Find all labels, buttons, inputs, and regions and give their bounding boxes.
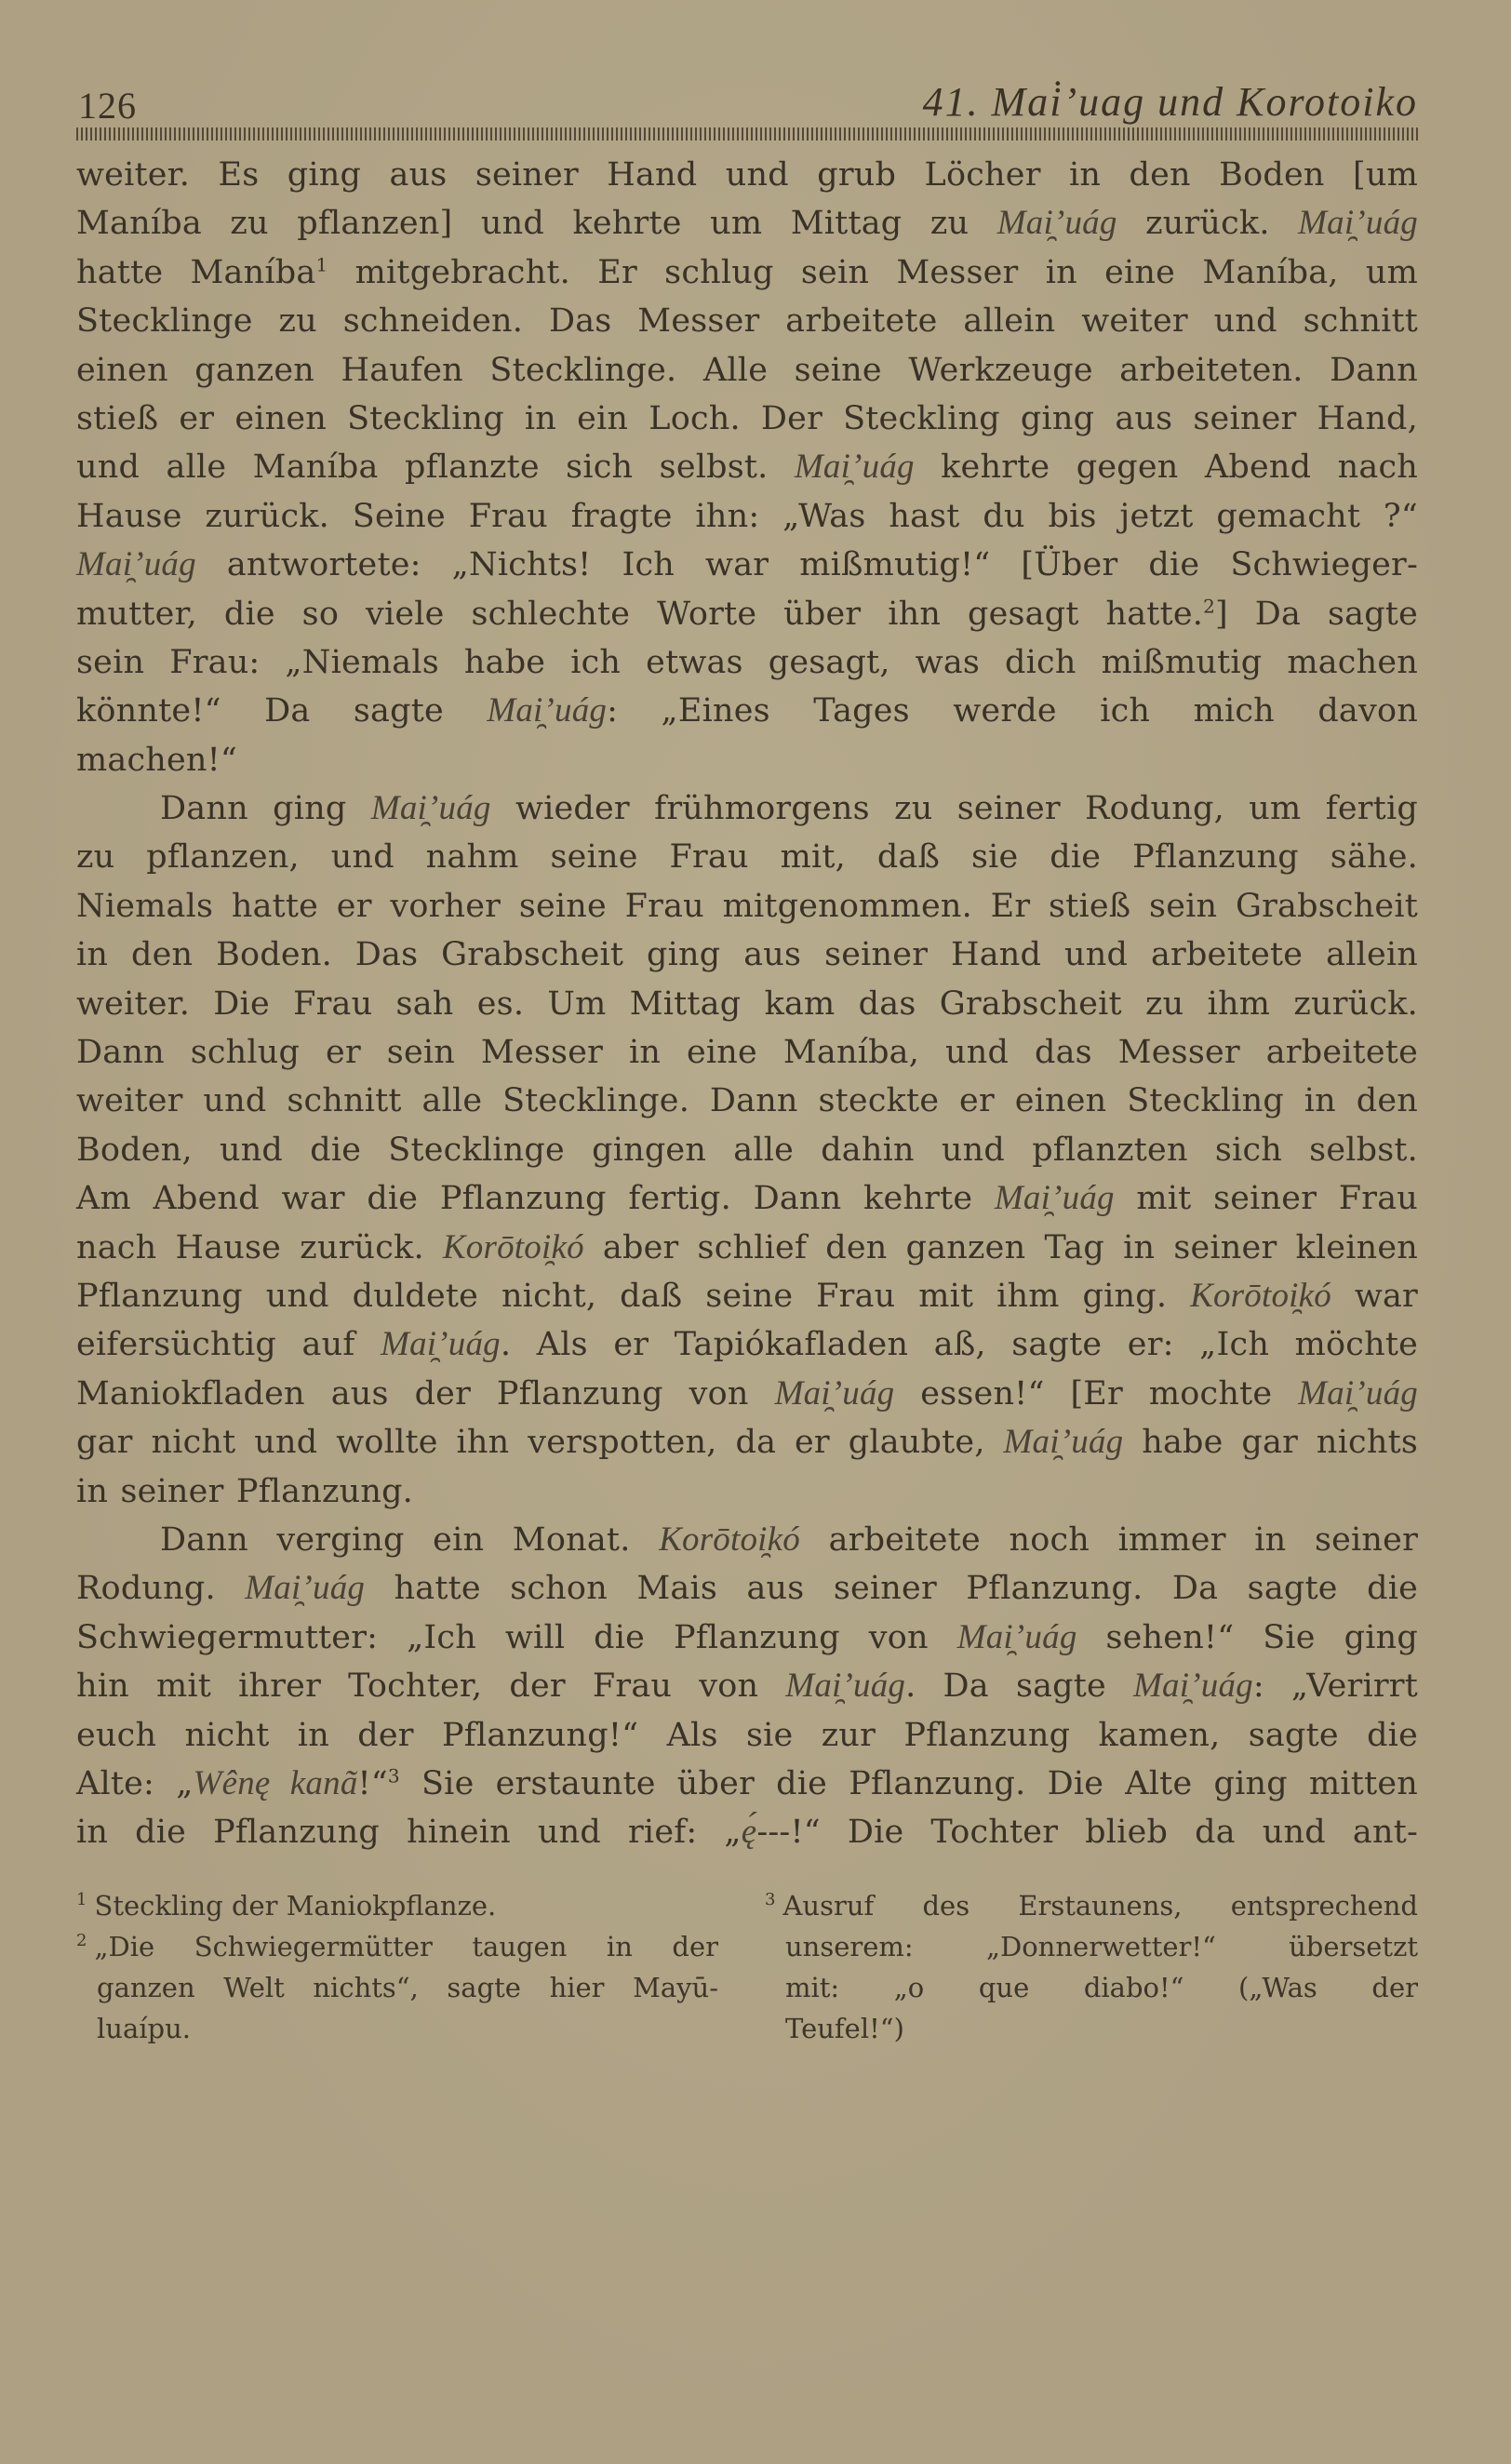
text-segment: Schwiegermutter: „Ich will die Pflanzung… [76,1619,957,1656]
footnote-text: Ausruf des Erstaunens, entsprechend [782,1890,1418,1922]
footnote-text: unserem: „Donnerwetter!“ übersetzt [785,1931,1418,1962]
footnote-line: unserem: „Donnerwetter!“ übersetzt [765,1926,1418,1967]
text-segment: weiter. Die Frau sah es. Um Mittag kam d… [76,985,1418,1023]
text-segment: mit seiner Frau [1115,1180,1418,1217]
footnote-line: Teufel!“) [765,2008,1418,2049]
text-line: in die Pflanzung hinein und rief: „ę́---… [76,1808,1418,1856]
page-header: 126 41. Mai̇’uag und Korotoiko [76,78,1418,125]
body-text: weiter. Es ging aus seiner Hand und grub… [76,151,1418,1857]
text-segment: . Als er Tapiókafladen aß, sagte er: „Ic… [501,1326,1418,1363]
text-line: gar nicht und wollte ihn verspotten, da … [76,1418,1418,1466]
text-line: weiter und schnitt alle Stecklinge. Dann… [76,1077,1418,1125]
text-segment: Sie erstaunte über die Pflanzung. Die Al… [400,1765,1418,1802]
italic-name: Mai̯’uág [381,1325,501,1363]
text-segment: machen!“ [76,742,237,779]
text-line: Hause zurück. Seine Frau fragte ihn: „Wa… [76,492,1418,541]
text-segment: Rodung. [76,1570,245,1607]
footnote-text: ganzen Welt nichts“, sagte hier Mayū- [97,1972,718,2003]
text-segment: . Da sagte [905,1667,1133,1705]
text-segment: !“ [358,1765,388,1802]
page-number: 126 [78,84,137,127]
text-segment: weiter. Es ging aus seiner Hand und grub… [76,156,1418,194]
text-segment: Pflanzung und duldete nicht, daß seine F… [76,1278,1190,1315]
footnote-text: Teufel!“) [785,2013,904,2044]
text-segment: wieder frühmorgens zu seiner Rodung, um … [491,790,1418,827]
italic-name: Mai̯’uág [795,448,915,486]
text-segment: aber schlief den ganzen Tag in seiner kl… [584,1229,1418,1266]
text-segment: weiter und schnitt alle Stecklinge. Dann… [76,1082,1418,1119]
italic-name: Mai̯’uág [1298,1374,1418,1413]
text-segment: einen ganzen Haufen Stecklinge. Alle sei… [76,352,1418,389]
text-segment: mutter, die so viele schlechte Worte übe… [76,596,1203,633]
italic-name: Mai̯’uág [995,1179,1115,1217]
text-segment: nach Hause zurück. [76,1229,443,1266]
text-line: in den Boden. Das Grabscheit ging aus se… [76,931,1418,979]
footnote-number: 3 [765,1890,775,1909]
text-segment: ] Da sagte [1215,596,1418,633]
text-line: weiter. Die Frau sah es. Um Mittag kam d… [76,980,1418,1028]
footnotes-right-column: 3Ausruf des Erstaunens, entsprechendunse… [765,1885,1418,2049]
italic-name: Mai̯’uág [371,789,491,827]
text-segment: gar nicht und wollte ihn verspotten, da … [76,1424,1004,1461]
text-segment: in den Boden. Das Grabscheit ging aus se… [76,936,1418,973]
italic-name: Korōtoi̯kó [1190,1277,1331,1315]
text-segment: Maniokfladen aus der Pflanzung von [76,1375,775,1413]
text-line: in seiner Pflanzung. [76,1467,1418,1516]
text-line: einen ganzen Haufen Stecklinge. Alle sei… [76,346,1418,395]
footnote-line: 1Steckling der Maniokpflanze. [76,1885,718,1926]
text-segment: in die Pflanzung hinein und rief: „ [76,1814,742,1851]
text-segment: war [1331,1278,1418,1315]
text-line: nach Hause zurück. Korōtoi̯kó aber schli… [76,1224,1418,1272]
italic-name: Mai̯’uág [245,1569,365,1607]
text-segment: Boden, und die Stecklinge gingen alle da… [76,1132,1418,1169]
header-rule-divider [76,127,1418,141]
text-line: Alte: „Wênę kanã!“3 Sie erstaunte über d… [76,1760,1418,1808]
italic-name: Mai̯’uág [1004,1423,1124,1461]
footnote-text: luaípu. [97,2013,191,2044]
footnote-line: 2„Die Schwiegermütter taugen in der [76,1926,718,1967]
text-line: Dann schlug er sein Messer in eine Maníb… [76,1028,1418,1077]
text-segment: könnte!“ Da sagte [76,692,487,730]
footnote-reference: 1 [315,253,328,275]
footnote-reference: 3 [388,1764,400,1787]
footnote-line: 3Ausruf des Erstaunens, entsprechend [765,1885,1418,1926]
footnotes: 1Steckling der Maniokpflanze.2„Die Schwi… [76,1885,1418,2071]
footnote-text: „Die Schwiegermütter taugen in der [94,1931,718,1962]
text-line: Schwiegermutter: „Ich will die Pflanzung… [76,1614,1418,1662]
text-line: hatte Maníba1 mitgebracht. Er schlug sei… [76,248,1418,297]
text-segment: ---!“ Die Tochter blieb da und ant- [756,1814,1418,1851]
text-segment: Dann verging ein Monat. [160,1521,659,1559]
text-segment: zu pflanzen, und nahm seine Frau mit, da… [76,838,1418,876]
running-title: 41. Mai̇’uag und Korotoiko [923,78,1418,126]
text-segment: stieß er einen Steckling in ein Loch. De… [76,400,1418,437]
footnote-line: mit: „o que diabo!“ („Was der [765,1967,1418,2008]
text-segment: Stecklinge zu schneiden. Das Messer arbe… [76,302,1418,340]
footnote-number: 2 [76,1931,87,1950]
italic-name: ę́ [742,1813,757,1851]
text-segment: : „Verirrt [1253,1667,1418,1705]
footnote-line: ganzen Welt nichts“, sagte hier Mayū- [76,1967,718,2008]
text-segment: : „Eines Tages werde ich mich davon [607,692,1418,730]
text-segment: und alle Maníba pflanzte sich selbst. [76,449,795,486]
footnote-text: mit: „o que diabo!“ („Was der [785,1972,1418,2003]
text-line: Dann ging Mai̯’uág wieder frühmorgens zu… [76,784,1418,833]
text-line: mutter, die so viele schlechte Worte übe… [76,590,1418,638]
text-line: hin mit ihrer Tochter, der Frau von Mai̯… [76,1662,1418,1710]
text-segment: Maníba zu pflanzen] und kehrte um Mittag… [76,205,997,242]
text-line: Mai̯’uág antwortete: „Nichts! Ich war mi… [76,541,1418,589]
text-line: machen!“ [76,736,1418,784]
italic-name: Mai̯’uág [1133,1667,1253,1705]
text-segment: zurück. [1117,205,1299,242]
text-line: Pflanzung und duldete nicht, daß seine F… [76,1272,1418,1320]
text-line: Stecklinge zu schneiden. Das Messer arbe… [76,297,1418,345]
text-segment: habe gar nichts [1123,1424,1418,1461]
text-segment: hatte Maníba [76,254,315,291]
book-page: 126 41. Mai̇’uag und Korotoiko weiter. E… [0,0,1511,2464]
text-line: Dann verging ein Monat. Korōtoi̯kó arbei… [76,1516,1418,1564]
italic-name: Korōtoi̯kó [443,1228,584,1266]
italic-name: Mai̯’uág [487,691,607,730]
text-segment: hatte schon Mais aus seiner Pflanzung. D… [365,1570,1418,1607]
text-line: Boden, und die Stecklinge gingen alle da… [76,1126,1418,1174]
text-segment: Dann schlug er sein Messer in eine Maníb… [76,1034,1418,1071]
italic-name: Mai̯’uág [775,1374,895,1413]
text-segment: eifersüchtig auf [76,1326,381,1363]
text-segment: Hause zurück. Seine Frau fragte ihn: „Wa… [76,498,1418,535]
text-line: Rodung. Mai̯’uág hatte schon Mais aus se… [76,1564,1418,1613]
text-segment: arbeitete noch immer in seiner [800,1521,1418,1559]
italic-name: Mai̯’uág [997,204,1117,242]
text-segment: Am Abend war die Pflanzung fertig. Dann … [76,1180,995,1217]
text-line: weiter. Es ging aus seiner Hand und grub… [76,151,1418,199]
text-line: Maníba zu pflanzen] und kehrte um Mittag… [76,199,1418,248]
text-segment: in seiner Pflanzung. [76,1473,413,1510]
text-line: Am Abend war die Pflanzung fertig. Dann … [76,1174,1418,1223]
text-line: zu pflanzen, und nahm seine Frau mit, da… [76,833,1418,881]
footnote-text: Steckling der Maniokpflanze. [94,1890,496,1922]
footnote-line: luaípu. [76,2008,718,2049]
text-line: und alle Maníba pflanzte sich selbst. Ma… [76,443,1418,491]
text-segment: essen!“ [Er mochte [894,1375,1298,1413]
footnote-number: 1 [76,1890,87,1909]
italic-name: Mai̯’uág [76,545,196,583]
text-segment: Alte: „ [76,1765,194,1802]
footnote-reference: 2 [1203,595,1215,617]
italic-name: Mai̯’uág [957,1618,1077,1656]
text-segment: kehrte gegen Abend nach [915,449,1418,486]
text-line: Niemals hatte er vorher seine Frau mitge… [76,882,1418,931]
text-segment: mitgebracht. Er schlug sein Messer in ei… [328,254,1418,291]
text-segment: Dann ging [160,790,371,827]
text-segment: euch nicht in der Pflanzung!“ Als sie zu… [76,1717,1418,1754]
footnotes-left-column: 1Steckling der Maniokpflanze.2„Die Schwi… [76,1885,718,2049]
text-line: euch nicht in der Pflanzung!“ Als sie zu… [76,1711,1418,1760]
italic-name: Mai̯’uág [1298,204,1418,242]
text-line: könnte!“ Da sagte Mai̯’uág: „Eines Tages… [76,687,1418,735]
text-segment: sehen!“ Sie ging [1077,1619,1418,1656]
italic-name: Wênę kanã [194,1764,358,1802]
text-line: stieß er einen Steckling in ein Loch. De… [76,395,1418,443]
text-line: Maniokfladen aus der Pflanzung von Mai̯’… [76,1370,1418,1418]
text-segment: sein Frau: „Niemals habe ich etwas gesag… [76,644,1418,681]
text-line: eifersüchtig auf Mai̯’uág. Als er Tapiók… [76,1320,1418,1369]
text-segment: antwortete: „Nichts! Ich war mißmutig!“ … [196,546,1418,583]
text-segment: Niemals hatte er vorher seine Frau mitge… [76,888,1418,925]
text-line: sein Frau: „Niemals habe ich etwas gesag… [76,638,1418,687]
text-segment: hin mit ihrer Tochter, der Frau von [76,1667,785,1705]
italic-name: Korōtoi̯kó [659,1520,800,1559]
italic-name: Mai̯’uág [785,1667,905,1705]
